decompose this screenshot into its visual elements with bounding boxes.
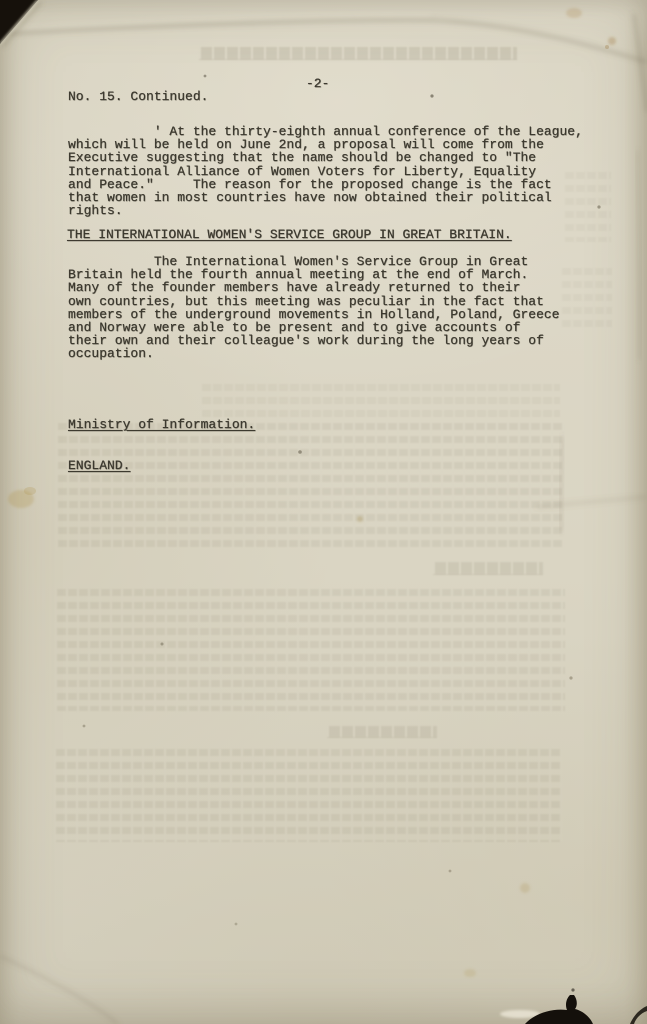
typewritten-content: -2- No. 15. Continued. ' At the thirty-e… — [0, 0, 647, 1024]
paragraph-league-conference: ' At the thirty-eighth annual conference… — [68, 125, 583, 217]
section-heading-service-group: THE INTERNATIONAL WOMEN'S SERVICE GROUP … — [67, 228, 512, 241]
scan-backdrop: -2- No. 15. Continued. ' At the thirty-e… — [0, 0, 647, 1024]
page-number: -2- — [306, 77, 329, 90]
document-reference: No. 15. Continued. — [68, 90, 208, 103]
attribution-country: ENGLAND. — [68, 459, 255, 473]
attribution-organisation: Ministry of Information. — [68, 418, 255, 432]
paragraph-service-group: The International Women's Service Group … — [68, 255, 559, 361]
attribution-block: Ministry of Information. ENGLAND. — [68, 391, 255, 499]
document-page: -2- No. 15. Continued. ' At the thirty-e… — [0, 0, 647, 1024]
